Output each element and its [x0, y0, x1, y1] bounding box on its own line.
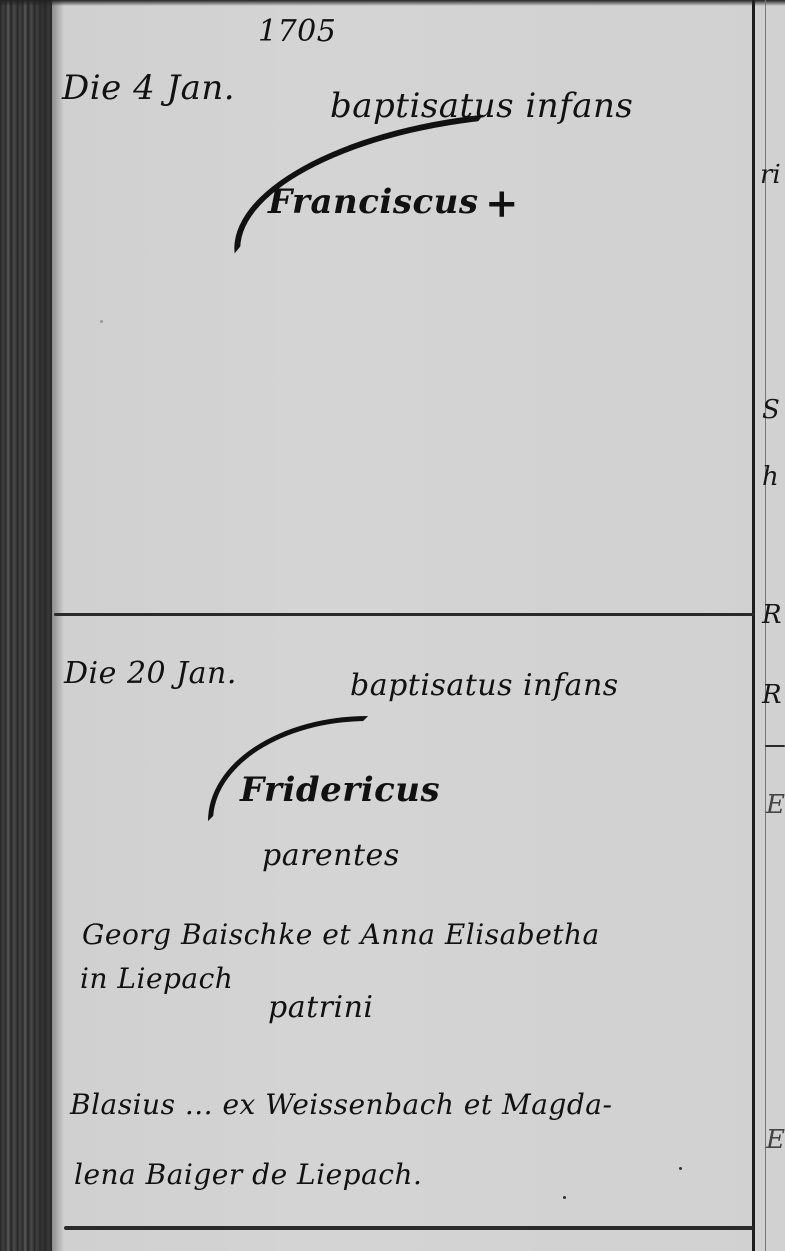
paper-speck: [100, 320, 103, 323]
godparents-line-1: Blasius ... ex Weissenbach et Magda-: [70, 1088, 612, 1121]
margin-fragment: R: [762, 600, 782, 630]
parents-label: parentes: [262, 838, 400, 873]
register-page: 1705 Die 4 Jan. baptisatus infans Franci…: [0, 0, 785, 1251]
paper-speck: [563, 1196, 566, 1199]
margin-fragment: h: [762, 462, 779, 492]
entry-year: 1705: [258, 14, 336, 49]
page-bottom-rule: [64, 1226, 754, 1230]
entry-2-child-name: Fridericus: [240, 770, 440, 810]
entry-1-child-name: Franciscus: [268, 182, 479, 222]
death-cross-mark: +: [485, 180, 519, 227]
parents-line-2: in Liepach: [80, 962, 233, 995]
margin-tick: [765, 745, 785, 747]
margin-fragment: E: [766, 790, 785, 820]
paper-speck: [679, 1167, 682, 1170]
entry-2-action: baptisatus infans: [350, 668, 619, 703]
right-margin-rule: [752, 0, 755, 1251]
margin-fragment: S: [762, 395, 780, 425]
entry-1-date: Die 4 Jan.: [62, 68, 235, 108]
margin-fragment: ri: [760, 160, 781, 190]
margin-fragment: R: [762, 680, 782, 710]
margin-fragment: E: [766, 1125, 785, 1155]
binding-shadow: [40, 0, 64, 1251]
parents-line-1: Georg Baischke et Anna Elisabetha: [82, 918, 600, 951]
page-top-edge: [0, 0, 785, 6]
entry-2-date: Die 20 Jan.: [64, 656, 237, 691]
godparents-label: patrini: [268, 990, 374, 1025]
entry-separator: [54, 613, 754, 616]
godparents-line-2: lena Baiger de Liepach.: [74, 1158, 422, 1191]
